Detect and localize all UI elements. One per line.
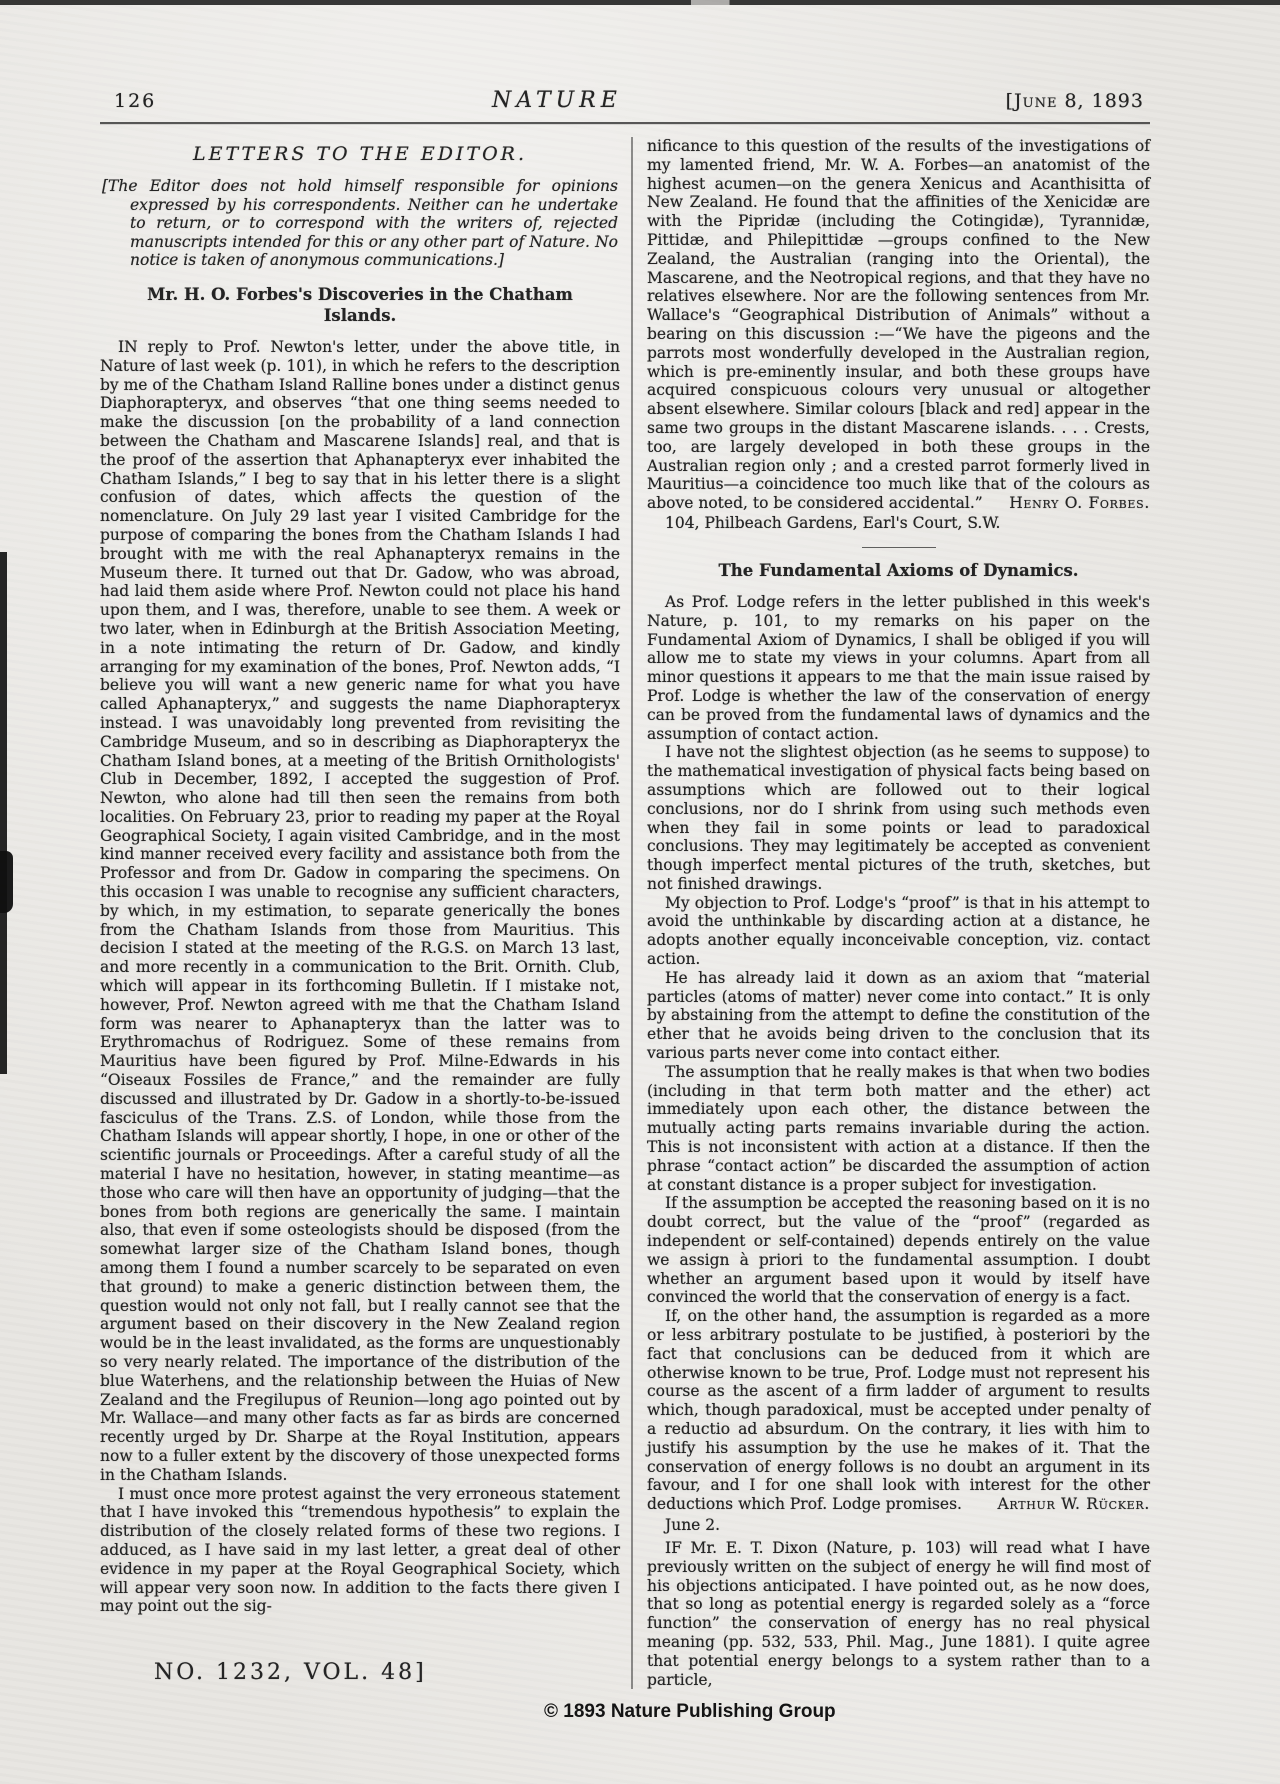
letter2-signature: Arthur W. Rücker. [980, 1495, 1150, 1514]
paragraph-text: nificance to this question of the result… [647, 137, 1150, 512]
letter2-paragraph-6: If the assumption be accepted the reason… [647, 1194, 1150, 1307]
two-column-body: LETTERS TO THE EDITOR. [The Editor does … [100, 137, 1150, 1689]
letter2-paragraph-1: As Prof. Lodge refers in the letter publ… [647, 593, 1150, 743]
letter2-paragraph-3: My objection to Prof. Lodge's “proof” is… [647, 894, 1150, 969]
section-title: LETTERS TO THE EDITOR. [100, 143, 620, 165]
letter1-paragraph-continuation: nificance to this question of the result… [647, 137, 1150, 513]
letter2-paragraph-5: The assumption that he really makes is t… [647, 1063, 1150, 1195]
journal-page: 126 NATURE [June 8, 1893 LETTERS TO THE … [0, 0, 1280, 1784]
letter2-title: The Fundamental Axioms of Dynamics. [665, 560, 1132, 581]
page-number: 126 [114, 90, 156, 112]
copyright-notice: © 1893 Nature Publishing Group [544, 1701, 836, 1723]
editor-note: [The Editor does not hold himself respon… [102, 177, 618, 270]
letter2-dateline: June 2. [647, 1516, 1150, 1535]
issue-volume-line: NO. 1232, VOL. 48] [154, 1660, 427, 1685]
journal-title: NATURE [492, 88, 622, 113]
scanned-journal-page: { "header": { "page_number": "126", "jou… [0, 0, 1280, 1784]
letter1-paragraph-1: IN reply to Prof. Newton's letter, under… [100, 338, 620, 1485]
paragraph-text: If, on the other hand, the assumption is… [647, 1307, 1150, 1513]
right-column: nificance to this question of the result… [631, 137, 1150, 1689]
letter1-address: 104, Philbeach Gardens, Earl's Court, S.… [647, 514, 1150, 533]
letter1-paragraph-2: I must once more protest against the ver… [100, 1485, 620, 1617]
masthead: 126 NATURE [June 8, 1893 [100, 88, 1150, 122]
letter-divider-rule [862, 547, 936, 548]
issue-date: [June 8, 1893 [1006, 90, 1144, 112]
left-column: LETTERS TO THE EDITOR. [The Editor does … [100, 137, 631, 1689]
letter3-paragraph-1: IF Mr. E. T. Dixon (Nature, p. 103) will… [647, 1539, 1150, 1689]
letter2-paragraph-2: I have not the slightest objection (as h… [647, 743, 1150, 893]
masthead-rule [100, 122, 1150, 124]
letter1-title: Mr. H. O. Forbes's Discoveries in the Ch… [118, 284, 602, 326]
letter2-paragraph-4: He has already laid it down as an axiom … [647, 969, 1150, 1063]
letter2-paragraph-7: If, on the other hand, the assumption is… [647, 1307, 1150, 1514]
letter1-signature: Henry O. Forbes. [1009, 494, 1150, 513]
